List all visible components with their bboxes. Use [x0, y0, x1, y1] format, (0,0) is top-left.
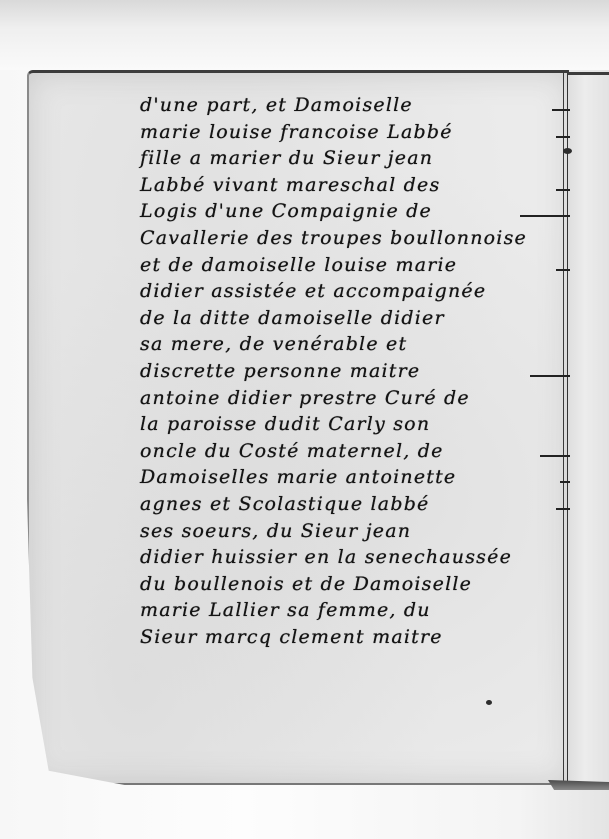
page-fold-right — [567, 72, 609, 785]
line-filler-stroke — [556, 189, 570, 191]
text-line: marie Lallier sa femme, du — [140, 597, 570, 624]
text-line-content: didier assistée et accompaignée — [140, 278, 486, 305]
line-filler-stroke — [560, 481, 570, 483]
text-line-content: marie Lallier sa femme, du — [140, 597, 431, 624]
text-line: de la ditte damoiselle didier — [140, 305, 570, 332]
text-line-content: marie louise francoise Labbé — [140, 119, 453, 146]
line-filler-stroke — [540, 455, 570, 457]
text-line-content: agnes et Scolastique labbé — [140, 491, 430, 518]
text-line: sa mere, de venérable et — [140, 331, 570, 358]
text-line-content: Cavallerie des troupes boullonnoise — [140, 225, 527, 252]
line-filler-stroke — [556, 508, 570, 510]
text-line-content: et de damoiselle louise marie — [140, 252, 457, 279]
text-line-content: la paroisse dudit Carly son — [140, 411, 430, 438]
text-line-content: de la ditte damoiselle didier — [140, 305, 445, 332]
text-line-content: ses soeurs, du Sieur jean — [140, 518, 411, 545]
text-line: agnes et Scolastique labbé — [140, 491, 570, 518]
text-line-content: Sieur marcq clement maitre — [140, 624, 443, 651]
text-line: didier huissier en la senechaussée — [140, 544, 570, 571]
text-line: fille a marier du Sieur jean — [140, 145, 570, 172]
text-line: Sieur marcq clement maitre — [140, 624, 570, 651]
text-line-content: discrette personne maitre — [140, 358, 420, 385]
text-line: et de damoiselle louise marie — [140, 252, 570, 279]
text-line: Labbé vivant mareschal des — [140, 172, 570, 199]
text-line: d'une part, et Damoiselle — [140, 92, 570, 119]
text-line: Cavallerie des troupes boullonnoise — [140, 225, 570, 252]
text-line-content: fille a marier du Sieur jean — [140, 145, 433, 172]
text-line-content: du boullenois et de Damoiselle — [140, 571, 472, 598]
text-line: la paroisse dudit Carly son — [140, 411, 570, 438]
handwritten-text-block: d'une part, et Damoiselle marie louise f… — [140, 92, 570, 650]
text-line: Damoiselles marie antoinette — [140, 464, 570, 491]
ink-spot-icon — [486, 700, 492, 705]
text-line: du boullenois et de Damoiselle — [140, 571, 570, 598]
line-filler-stroke — [530, 375, 570, 377]
text-line: marie louise francoise Labbé — [140, 119, 570, 146]
text-line-content: didier huissier en la senechaussée — [140, 544, 512, 571]
text-line: antoine didier prestre Curé de — [140, 385, 570, 412]
text-line-content: sa mere, de venérable et — [140, 331, 407, 358]
text-line: didier assistée et accompaignée — [140, 278, 570, 305]
text-line-content: oncle du Costé maternel, de — [140, 438, 444, 465]
line-filler-stroke — [556, 136, 570, 138]
text-line: discrette personne maitre — [140, 358, 570, 385]
line-filler-stroke — [556, 269, 570, 271]
line-filler-stroke — [552, 109, 570, 111]
line-filler-stroke — [520, 215, 570, 217]
text-line-content: Labbé vivant mareschal des — [140, 172, 440, 199]
text-line: Logis d'une Compaignie de — [140, 198, 570, 225]
text-line-content: Logis d'une Compaignie de — [140, 198, 432, 225]
text-line-content: Damoiselles marie antoinette — [140, 464, 456, 491]
text-line: oncle du Costé maternel, de — [140, 438, 570, 465]
text-line: ses soeurs, du Sieur jean — [140, 518, 570, 545]
text-line-content: antoine didier prestre Curé de — [140, 385, 470, 412]
text-line-content: d'une part, et Damoiselle — [140, 92, 413, 119]
scan-background-shade — [0, 0, 609, 70]
